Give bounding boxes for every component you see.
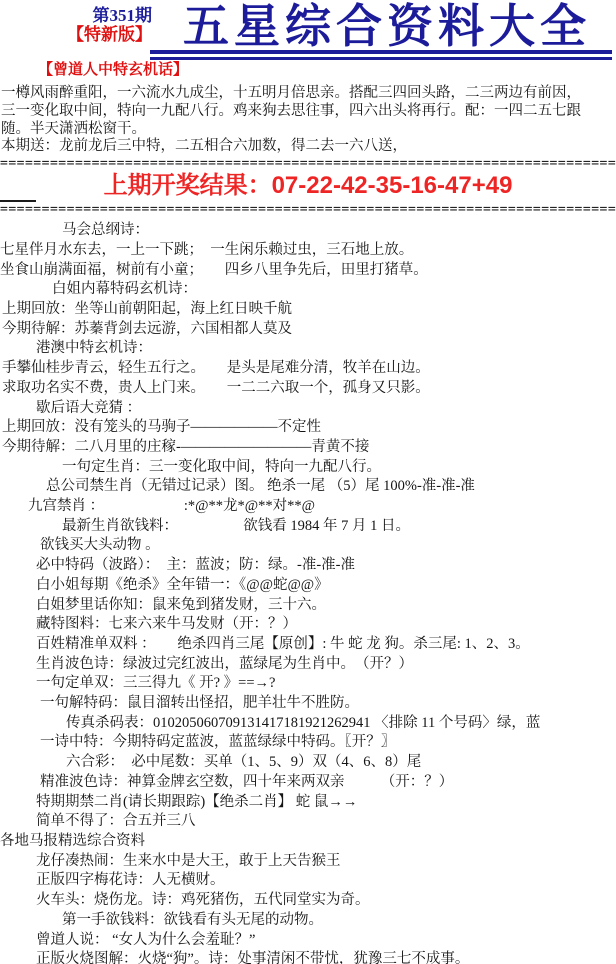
text-line: 坐食山崩满面福，树前有小童； 四乡八里争先后，田里打猪草。 (0, 261, 616, 281)
text-line: 一樽风雨醉重阳，一六流水九成尘，十五明月倍思亲。搭配三四回头路，二三两边有前因， (1, 85, 616, 103)
text-line: 简单不得了：合五并三八 (36, 812, 616, 832)
masthead: 第351期 【特新版】 五星综合资料大全 (0, 0, 616, 50)
text-line: 正版火烧图解：火烧“狗”。诗：处事清闲不带忧，犹豫三七不成事。 (36, 950, 616, 964)
text-line: 上期回放：坐等山前朝阳起，海上红日映千航 (2, 300, 616, 320)
previous-draw-result: 上期开奖结果：07-22-42-35-16-47+49 (0, 170, 616, 202)
tips-text-block: 马会总纲诗：七星伴月水东去，一上一下跳； 一生闲乐赖过虫，三石地上放。坐食山崩满… (0, 221, 616, 964)
text-line: 马会总纲诗： (62, 221, 616, 241)
text-line: 今期待解：苏蓁背剑去远游，六国相都人莫及 (2, 320, 616, 340)
text-line: 今期待解：二八月里的庄稼-—————————青黄不接 (2, 438, 616, 458)
text-line: 特期期禁二肖(请长期跟踪)【绝杀二肖】 蛇 鼠→→ (36, 793, 616, 813)
text-line: 六合彩： 必中尾数：买单（1、5、9）双（4、6、8）尾 (66, 753, 616, 773)
text-line: 生肖波色诗：绿波过完红波出，蓝绿尾为生肖中。 （开？） (36, 655, 616, 675)
text-line: 必中特码（波路）： 主：蓝波；防：绿。-准-准-准 (36, 556, 616, 576)
text-line: 一句解特码：鼠目溜转出怪招，肥羊壮牛不胜防。 (40, 694, 616, 714)
text-line: 正版四字梅花诗：人无横财。 (36, 871, 616, 891)
previous-draw-label: 上期开奖结果： (104, 173, 272, 199)
text-line: 上期回放：没有笼头的马驹子——————不定性 (2, 418, 616, 438)
text-line: 九宫禁肖 ： :*@**龙*@**对**@ (28, 497, 616, 517)
text-line: 传真杀码表：010205060709131417181921262941 〈排除… (66, 714, 616, 734)
text-line: 精准波色诗：神算金牌玄空数，四十年来两双亲 （开：？） (40, 773, 616, 793)
text-line: 随。半天潇洒松窗干。 (1, 121, 616, 139)
text-line: 白姐内幕特码玄机诗： (52, 280, 616, 300)
text-line: 本期送：龙前龙后三中特，二五相合六加数，得二去一六八送， (1, 138, 616, 156)
text-line: 白小姐每期《绝杀》全年错一：《@@蛇@@》 (36, 576, 616, 596)
lottery-info-sheet: 第351期 【特新版】 五星综合资料大全 【曾道人中特玄机话】 一樽风雨醉重阳，… (0, 0, 616, 964)
text-line: 七星伴月水东去，一上一下跳； 一生闲乐赖过虫，三石地上放。 (0, 241, 616, 261)
text-line: 三一变化取中间，特向一九配八行。鸡来狗去思往事，四六出头将再行。配：一四二五七跟 (1, 103, 616, 121)
text-line: 港澳中特玄机诗： (36, 339, 616, 359)
text-line: 各地马报精选综合资料 (0, 832, 616, 852)
text-line: 一句定单双：三三得九《 开? 》==→? (36, 674, 616, 694)
separator-line-top: ========================================… (0, 158, 616, 170)
text-line: 欲钱买大头动物 。 (40, 536, 616, 556)
text-line: 最新生肖欲钱料： 欲钱看 1984 年 7 月 1 日。 (62, 517, 616, 537)
text-line: 火车头：烧伤龙。诗：鸡死猪伤，五代同堂实为奇。 (36, 891, 616, 911)
text-line: 求取功名实不费，贵人上门来。 一二二六取一个，孤身又只影。 (2, 379, 616, 399)
text-line: 歇后语大竞猜 ： (36, 399, 616, 419)
issue-number: 第351期 (0, 6, 152, 25)
section-heading-zengdaoren: 【曾道人中特玄机话】 (38, 61, 616, 79)
text-line: 总公司禁生肖（无错过记录）图。 绝杀一尾 （5）尾 100%-准-准-准 (46, 477, 616, 497)
text-line: 手攀仙桂步青云，轻生五行之。 是头是尾难分清，牧羊在山边。 (2, 359, 616, 379)
text-line: 龙仔凑热闹：生来水中是大王，敢于上天告猴王 (36, 852, 616, 872)
intro-verse: 一樽风雨醉重阳，一六流水九成尘，十五明月倍思亲。搭配三四回头路，二三两边有前因，… (0, 85, 616, 156)
stray-ink-mark (0, 200, 36, 202)
edition-label: 【特新版】 (0, 25, 152, 44)
text-line: 白姐梦里话你知：鼠来兔到猪发财，三十六。 (36, 596, 616, 616)
separator-line-bottom: ========================================… (0, 204, 616, 216)
previous-draw-numbers: 07-22-42-35-16-47+49 (272, 172, 513, 199)
text-line: 一句定生肖：三一变化取中间，特向一九配八行。 (62, 458, 616, 478)
title-underline-bottom (150, 57, 612, 60)
text-line: 藏特图料：七来六来牛马发财（开：？） (36, 615, 616, 635)
text-line: 第一手欲钱料：欲钱看有头无尾的动物。 (62, 911, 616, 931)
page-title: 五星综合资料大全 (158, 4, 616, 50)
text-line: 曾道人说： “女人为什么会羞耻？” (36, 931, 616, 951)
text-line: 一诗中特：今期特码定蓝波，蓝蓝绿绿中特码。〖开？〗 (40, 733, 616, 753)
text-line: 百姓精准单双料 ： 绝杀四肖三尾【原创】: 牛 蛇 龙 狗。杀三尾: 1、2、3… (36, 635, 616, 655)
issue-block: 第351期 【特新版】 (0, 6, 158, 44)
